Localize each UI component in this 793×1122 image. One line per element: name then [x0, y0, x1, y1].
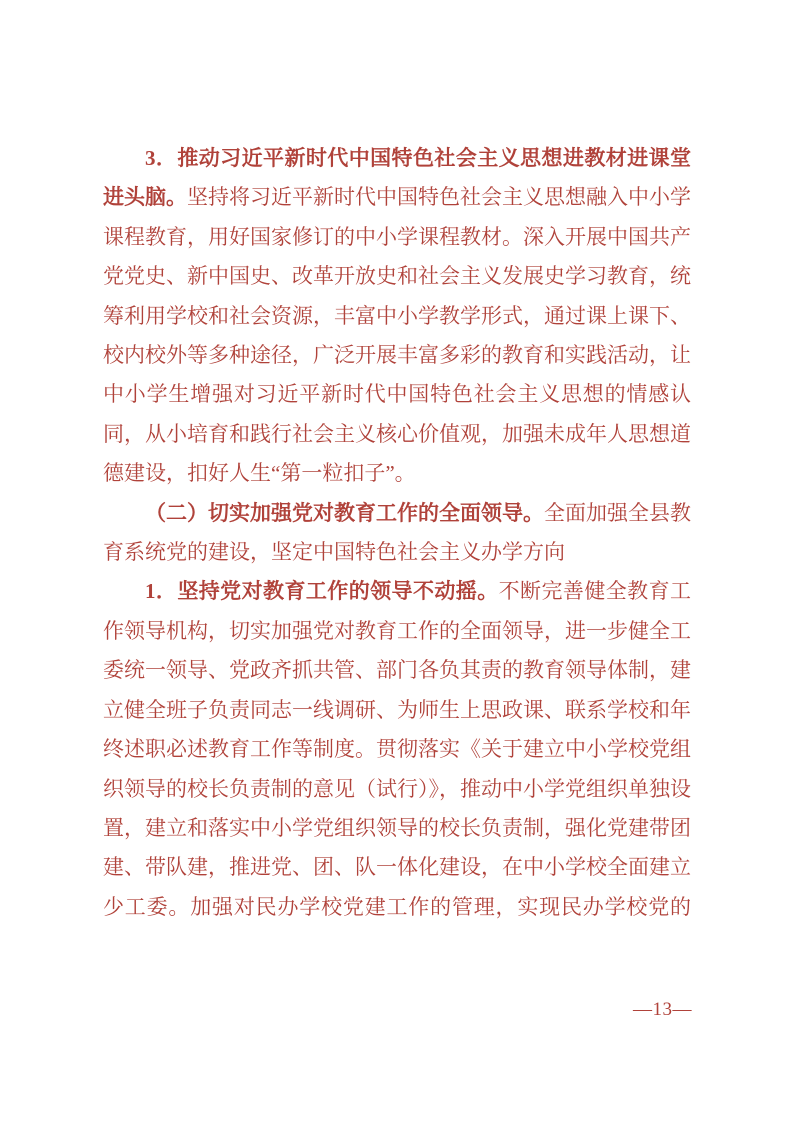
document-text-block: 3．推动习近平新时代中国特色社会主义思想进教材进课堂进头脑。坚持将习近平新时代中… — [103, 139, 691, 927]
paragraph-point-3-body: 坚持将习近平新时代中国特色社会主义思想融入中小学课程教育，用好国家修订的中小学课… — [103, 185, 691, 485]
paragraph-section-2-heading: （二）切实加强党对教育工作的全面领导。 — [145, 501, 544, 525]
paragraph-section-2: （二）切实加强党对教育工作的全面领导。全面加强全县教育系统党的建设，坚定中国特色… — [103, 494, 691, 573]
page-number: —13— — [633, 998, 692, 1022]
paragraph-point-1-heading: 1．坚持党对教育工作的领导不动摇。 — [145, 579, 499, 603]
paragraph-point-1-body: 不断完善健全教育工作领导机构，切实加强党对教育工作的全面领导，进一步健全工委统一… — [103, 579, 691, 918]
paragraph-point-3: 3．推动习近平新时代中国特色社会主义思想进教材进课堂进头脑。坚持将习近平新时代中… — [103, 139, 691, 494]
document-page: 3．推动习近平新时代中国特色社会主义思想进教材进课堂进头脑。坚持将习近平新时代中… — [0, 0, 793, 1122]
paragraph-point-1: 1．坚持党对教育工作的领导不动摇。不断完善健全教育工作领导机构，切实加强党对教育… — [103, 572, 691, 927]
